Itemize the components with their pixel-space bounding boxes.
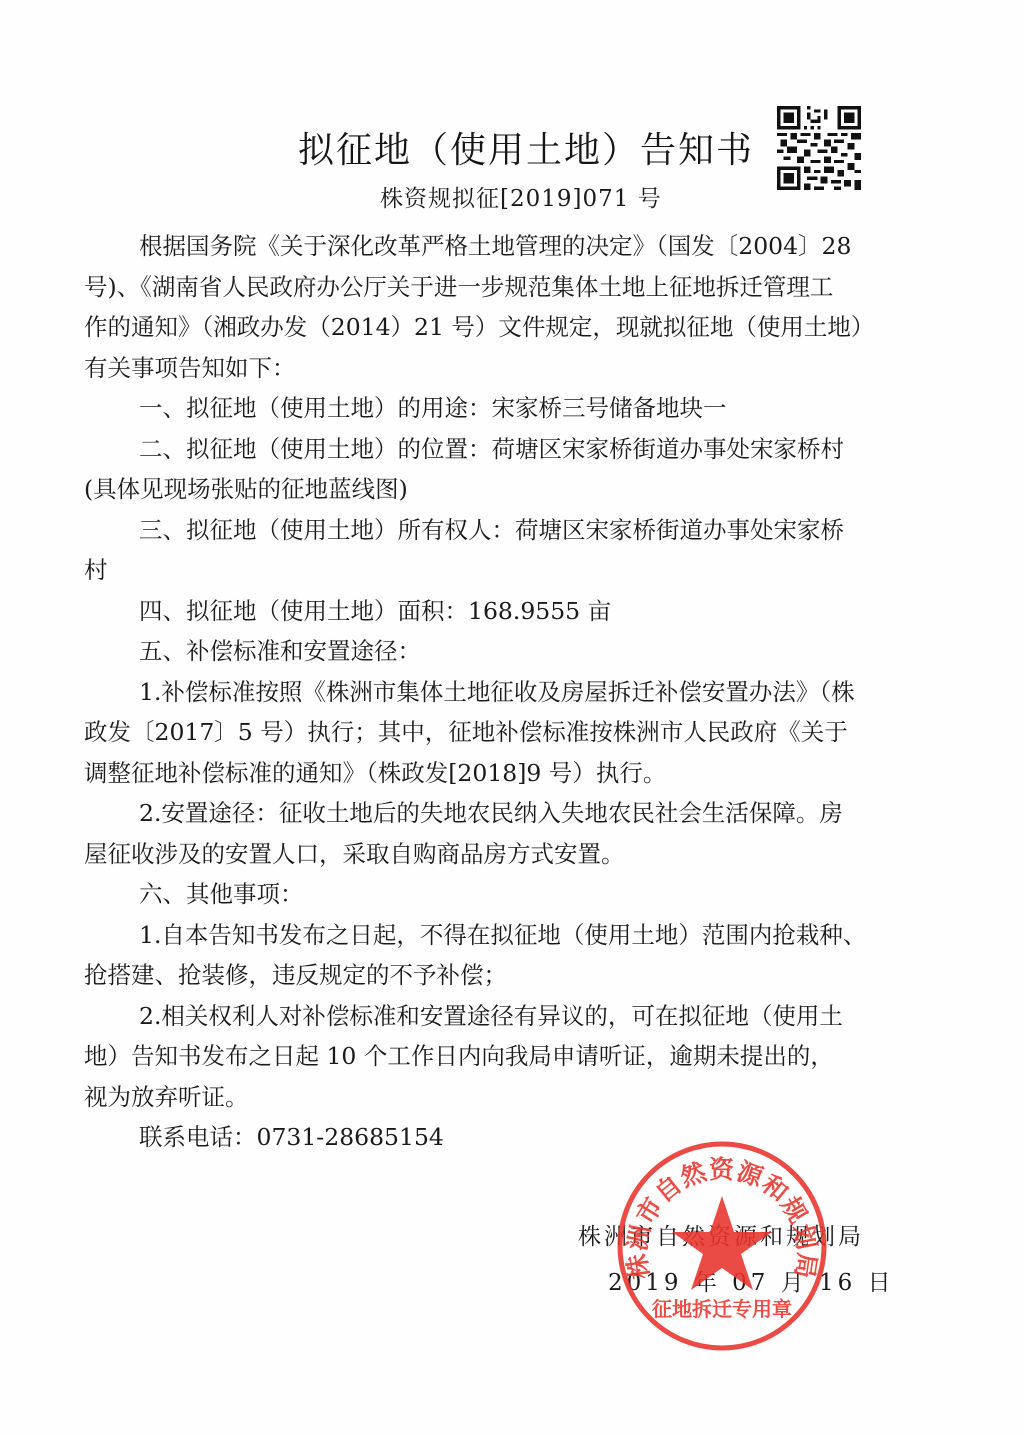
body-line: 政发〔2017〕5 号）执行；其中，征地补偿标准按株洲市人民政府《关于 bbox=[84, 712, 959, 753]
body-line: 调整征地补偿标准的通知》（株政发[2018]9 号）执行。 bbox=[84, 753, 959, 794]
body-line: 1.自本告知书发布之日起，不得在拟征地（使用土地）范围内抢栽种、 bbox=[84, 915, 959, 956]
official-seal-icon: 株洲市自然资源和规划局 征地拆迁专用章 bbox=[614, 1138, 830, 1354]
body-line: 号)、《湖南省人民政府办公厅关于进一步规范集体土地上征地拆迁管理工 bbox=[84, 267, 959, 308]
body-line: 屋征收涉及的安置人口，采取自购商品房方式安置。 bbox=[84, 834, 959, 875]
body-line: 视为放弃听证。 bbox=[84, 1077, 959, 1118]
body-line: 地）告知书发布之日起 10 个工作日内向我局申请听证，逾期未提出的， bbox=[84, 1036, 959, 1077]
notice-page: 拟征地（使用土地）告知书 株资规拟征[2019]071 号 bbox=[0, 0, 1024, 1436]
body-line: 2.安置途径：征收土地后的失地农民纳入失地农民社会生活保障。房 bbox=[84, 793, 959, 834]
body-line: 抢搭建、抢装修，违反规定的不予补偿； bbox=[84, 955, 959, 996]
qr-code-icon bbox=[777, 106, 861, 190]
body-line: (具体见现场张贴的征地蓝线图) bbox=[84, 469, 959, 510]
item-owner: 三、拟征地（使用土地）所有权人：荷塘区宋家桥街道办事处宋家桥 bbox=[84, 510, 959, 551]
body-line: 村 bbox=[84, 550, 959, 591]
body-line: 1.补偿标准按照《株洲市集体土地征收及房屋拆迁补偿安置办法》（株 bbox=[84, 672, 959, 713]
document-title: 拟征地（使用土地）告知书 bbox=[298, 122, 754, 173]
body-line: 有关事项告知如下： bbox=[84, 348, 959, 389]
seal-bottom-text: 征地拆迁专用章 bbox=[652, 1297, 792, 1321]
body-line: 2.相关权利人对补偿标准和安置途径有异议的，可在拟征地（使用土 bbox=[84, 996, 959, 1037]
body-line: 作的通知》（湘政办发（2014）21 号）文件规定，现就拟征地（使用土地） bbox=[84, 307, 959, 348]
item-compensation-heading: 五、补偿标准和安置途径： bbox=[84, 631, 959, 672]
body-line: 根据国务院《关于深化改革严格土地管理的决定》（国发〔2004〕28 bbox=[84, 226, 959, 267]
document-number: 株资规拟征[2019]071 号 bbox=[380, 180, 662, 213]
item-purpose: 一、拟征地（使用土地）的用途：宋家桥三号储备地块一 bbox=[84, 388, 959, 429]
document-body: 根据国务院《关于深化改革严格土地管理的决定》（国发〔2004〕28 号)、《湖南… bbox=[84, 226, 959, 1158]
item-location: 二、拟征地（使用土地）的位置：荷塘区宋家桥街道办事处宋家桥村 bbox=[84, 429, 959, 470]
item-other-heading: 六、其他事项： bbox=[84, 874, 959, 915]
item-area: 四、拟征地（使用土地）面积：168.9555 亩 bbox=[84, 591, 959, 632]
